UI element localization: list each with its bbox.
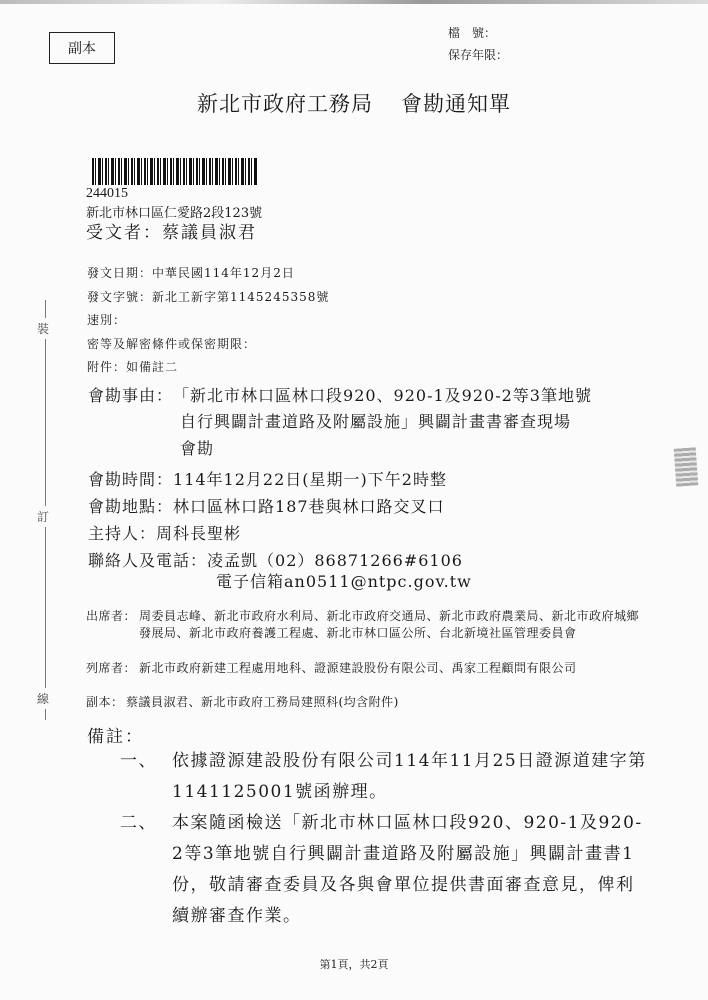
- field-label: 速別：: [87, 313, 126, 327]
- retention-label: 保存年限：: [448, 44, 508, 66]
- attendees-present: 出席者： 周委員志峰、新北市政府水利局、新北市政府交通局、新北市政府農業局、新北…: [86, 608, 649, 642]
- subject-label: 會勘事由：: [88, 383, 173, 409]
- recipient: 受文者：蔡議員淑君: [86, 218, 257, 243]
- page-number: 第1頁，共2頁: [0, 956, 708, 972]
- copy-stamp-box: 副本: [49, 32, 115, 64]
- contact-value: 凌孟凱（02）86871266#6106: [207, 551, 463, 570]
- note-text: 依據證源建設股份有限公司114年11月25日證源道建字第1141125001號函…: [172, 746, 652, 808]
- field-label: 發文日期：: [87, 266, 152, 280]
- meeting-host: 主持人：周科長聖彬: [88, 521, 241, 547]
- observers-label: 列席者：: [86, 660, 136, 677]
- meeting-subject: 會勘事由：「新北市林口區林口段920、920-1及920-2等3筆地號: [88, 383, 592, 409]
- field-label: 密等及解密條件或保密期限：: [87, 337, 256, 351]
- contact-label: 聯絡人及電話：: [88, 551, 207, 570]
- scan-top-edge: [0, 0, 708, 4]
- field-value: 新北工新字第1145245358號: [152, 290, 329, 304]
- seal-stamp-icon: [674, 447, 699, 486]
- present-value: 周委員志峰、新北市政府水利局、新北市政府交通局、新北市政府農業局、新北市政府城鄉…: [139, 608, 649, 642]
- contact-email: 電子信箱an0511@ntpc.gov.tw: [216, 569, 472, 595]
- time-label: 會勘時間：: [88, 470, 173, 489]
- title-doc-type: 會勘通知單: [401, 92, 511, 116]
- note-item-1: 一、 依據證源建設股份有限公司114年11月25日證源道建字第114112500…: [120, 746, 652, 808]
- file-no-label: 檔 號：: [448, 22, 496, 44]
- attendees-cc: 副本： 蔡議員淑君、新北市政府工務局建照科(均含附件): [86, 694, 636, 711]
- binding-mark-zhuang: 裝: [37, 318, 49, 339]
- copy-label: 副本: [68, 38, 96, 58]
- field-attachment: 附件：如備註二: [87, 356, 329, 380]
- attendees-observers: 列席者： 新北市政府新建工程處用地科、證源建設股份有限公司、禹家工程顧問有限公司: [86, 660, 649, 677]
- field-label: 發文字號：: [87, 290, 152, 304]
- meeting-time: 會勘時間：114年12月22日(星期一)下午2時整: [88, 467, 447, 493]
- cc-value: 蔡議員淑君、新北市政府工務局建照科(均含附件): [126, 694, 636, 711]
- place-value: 林口區林口路187巷與林口路交叉口: [173, 497, 445, 516]
- time-value: 114年12月22日(星期一)下午2時整: [173, 470, 447, 489]
- binding-mark-ding: 訂: [37, 506, 49, 527]
- subject-line-3: 會勘: [180, 436, 214, 462]
- note-number: 一、: [120, 746, 157, 777]
- file-meta: 檔 號： 保存年限：: [448, 22, 508, 66]
- field-speed: 速別：: [87, 309, 329, 333]
- cc-label: 副本：: [86, 694, 124, 711]
- field-classification: 密等及解密條件或保密期限：: [87, 333, 329, 357]
- subject-line-2: 自行興闢計畫道路及附屬設施」興闢計畫書審查現場: [180, 409, 571, 435]
- field-value: 中華民國114年12月2日: [152, 266, 295, 280]
- subject-line-1: 「新北市林口區林口段920、920-1及920-2等3筆地號: [173, 386, 592, 405]
- field-label: 附件：: [87, 360, 126, 374]
- observers-value: 新北市政府新建工程處用地科、證源建設股份有限公司、禹家工程顧問有限公司: [139, 660, 649, 677]
- note-text: 本案隨函檢送「新北市林口區林口段920、920-1及920-2等3筆地號自行興闢…: [172, 808, 652, 932]
- place-label: 會勘地點：: [88, 497, 173, 516]
- note-item-2: 二、 本案隨函檢送「新北市林口區林口段920、920-1及920-2等3筆地號自…: [120, 808, 652, 932]
- field-value: 如備註二: [126, 360, 178, 374]
- note-number: 二、: [120, 808, 157, 839]
- field-issue-date: 發文日期：中華民國114年12月2日: [87, 262, 329, 286]
- document-fields: 發文日期：中華民國114年12月2日 發文字號：新北工新字第1145245358…: [87, 262, 329, 380]
- host-value: 周科長聖彬: [156, 524, 241, 543]
- barcode-icon: [92, 158, 258, 185]
- postal-code: 244015: [86, 186, 128, 202]
- host-label: 主持人：: [88, 524, 156, 543]
- present-label: 出席者：: [86, 608, 136, 625]
- binding-mark-xian: 線: [37, 688, 49, 709]
- field-doc-number: 發文字號：新北工新字第1145245358號: [87, 286, 329, 310]
- title-org: 新北市政府工務局: [197, 92, 373, 116]
- notes-heading: 備註：: [87, 722, 144, 747]
- document-title: 新北市政府工務局會勘通知單: [0, 88, 708, 118]
- meeting-place: 會勘地點：林口區林口路187巷與林口路交叉口: [88, 494, 445, 520]
